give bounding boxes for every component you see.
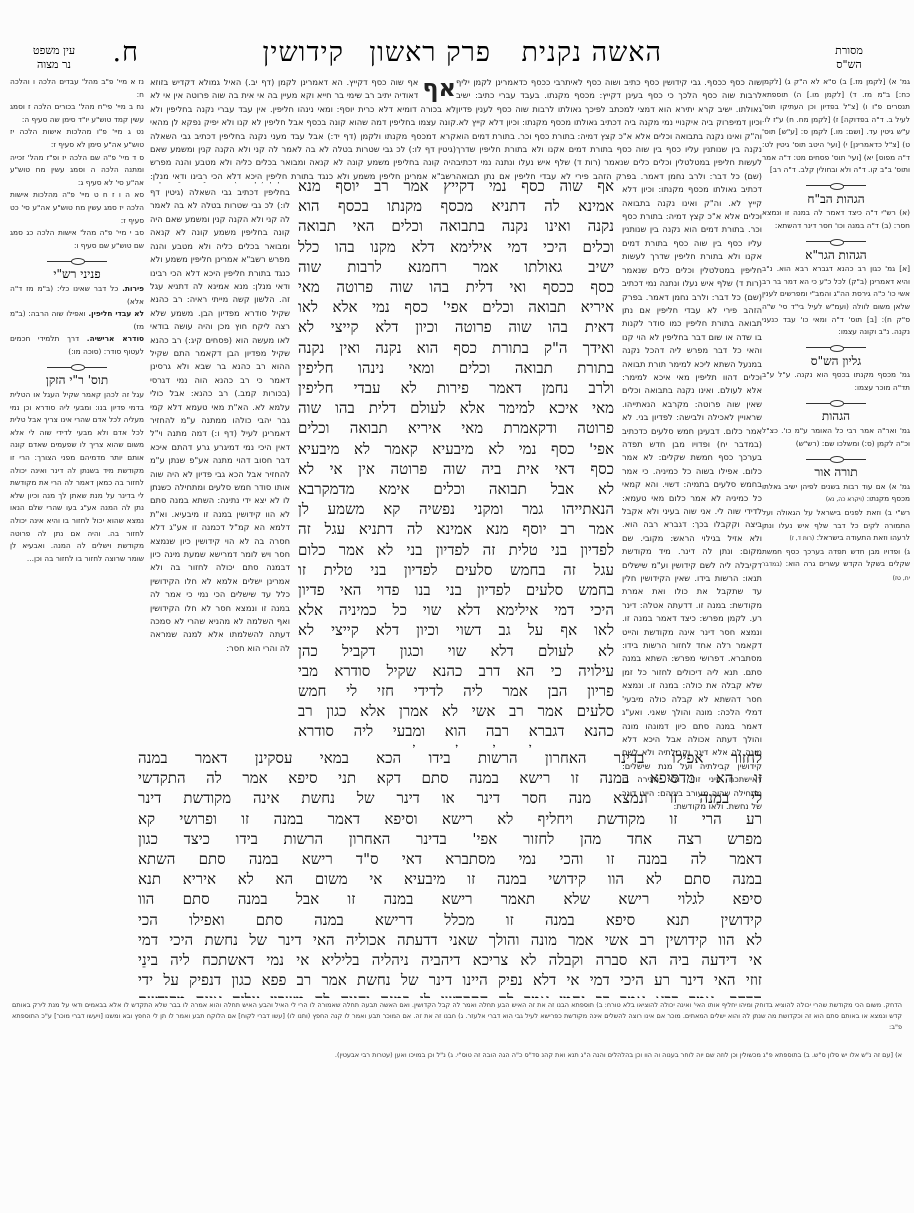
gemara-line: לי במנה זו ונמצא מנה חסר דינר או דינר של…: [138, 788, 762, 808]
gemara-line: עילויה כי הא דרב כהנא שקיל סודרא מבי: [298, 661, 614, 681]
rashi-text-top: שוה כסף ככסף. גבי קידושין כסף כתיב ושוה …: [456, 76, 762, 182]
gemara-line: בחמש סלעים לפדיון בני בנו פדוי האי פדיון: [298, 580, 614, 600]
penini-rashi-heading: סודרא ארישיה.: [87, 334, 144, 343]
gemara-line: הדחק: אמר רבא אמר רב נחמן אמר לה התקדשי …: [138, 990, 762, 998]
gemara-main-text-wide: לחזור אפילו בדינר האחרון הרשות בידו הכא …: [138, 748, 762, 998]
torah-or-ref: (ויקרא כה, נא): [826, 496, 865, 503]
torah-or-text: ג) ופדויו מבן חדש תפדה בערכך כסף חמשת שק…: [762, 547, 910, 569]
tosafot-commentary-column: אף שוה כסף דקייץ. הא דאמרינן לקמן (דף יב…: [150, 182, 290, 742]
gemara-line: לא לעולם דלא שוי וכגון דקביל כהן: [298, 641, 614, 661]
masoret-title-line2: הש"ס: [824, 58, 874, 72]
margin-title-ein-mishpat: עין משפט נר מצוה: [24, 44, 84, 72]
gemara-line: במנה סתם לא הוו קידושי במנה זו מיבעיא אי…: [138, 869, 762, 889]
ein-mishpat-title-line1: עין משפט: [24, 44, 84, 58]
penini-rashi-heading: פירות.: [122, 284, 144, 293]
gemara-line: סיפא לגלוי רישא שלא תאמר רישא במנה זו אב…: [138, 889, 762, 909]
gemara-line: היכי דמי אילימא דלא שוי כל כמיניה אלא: [298, 600, 614, 620]
gemara-line: כהנא דגברא רבה הוא ומבעי ליה סודרא: [298, 721, 614, 741]
chapter-name-title: האשה נקנית: [521, 37, 662, 68]
tosafot-text: אף שוה כסף דקייץ. הא דאמרינן לקמן (דף יב…: [150, 182, 290, 655]
gemara-line: הנאתייהו גמר ומקני נפשיה קא משמע לן: [298, 499, 614, 519]
ein-mishpat-entry: נח ב מיי' פי"ח מהל' בכורים הלכה ז וסמג ע…: [10, 101, 144, 126]
tosafot-text: אף שוה כסף דקייץ. הא דאמרינן לקמן (דף יב…: [150, 77, 456, 182]
right-margin-notes: גמ' א) [לקמן מז.] ב) ס"א לא ה"ק ג) [לקמן…: [762, 76, 910, 1006]
gemara-line: מפרש רצה אחד מהן לחזור אפי' בדינר האחרון…: [138, 829, 762, 849]
gemara-line: קידושין תנא סיפא במנה זו מכלל דרישא במנה…: [138, 910, 762, 930]
tosafot-rid-title: תוס' ר"י הזקן: [10, 374, 144, 387]
gemara-line: פריון הבן אמר ליה לדידי חזי לי חמש: [298, 681, 614, 701]
gemara-line: אמינא לה דתניא מכסף מקנתו בכסף הוא: [298, 196, 614, 216]
gemara-line: סלעים אמר רב אשי לא אמרן אלא כגון רב: [298, 701, 614, 721]
ornament-divider: [47, 258, 107, 264]
bottom-notes: הדחק. משום הכי מקודשת שהרי יכולה להוציא …: [12, 1000, 902, 1040]
penini-rashi-item: פירות. כל דבר שאינו כלי: (ב"מ מז ד"ה אלא…: [10, 283, 144, 308]
gilyon-hashas-text: גמ' מכסף מקנתו בכסף הוא נקנה. ע"ל ע"ב תד…: [762, 369, 910, 394]
tosafot-commentary: אףאף שוה כסף דקייץ. הא דאמרינן לקמן (דף …: [150, 76, 456, 182]
bottom-notes-text: הדחק. משום הכי מקודשת שהרי יכולה להוציא …: [12, 1000, 902, 1033]
gemara-line: זו הא מדסיפא במנה זו רישא במנה סתם דקא ת…: [138, 768, 762, 788]
hagahot-hagra-title: הגהות הגר"א: [762, 249, 910, 262]
penini-rashi-item: סודרא ארישיה. דרך תלמידי חכמים לעטוף סוד…: [10, 333, 144, 358]
gemara-line: נקנה ואינו נקנה בתבואה וכלים האי תבואה: [298, 216, 614, 236]
gemara-line: וכלים היכי דמי אילימא דלא מקנו בהו כלל: [298, 237, 614, 257]
ein-mishpat-title-line2: נר מצוה: [24, 58, 84, 72]
footnotes: א) [עם זה נ"ש אלו יש סלון ס"ש. ב) בתוספת…: [12, 1050, 902, 1064]
hagahot-text: גמ' ואר"ה אמר רבי כל האומר ע"מ כו'. כצ"ל…: [762, 425, 910, 450]
gemara-line: דאית בהו שוה פרוטה וכיון דלא קייצי לא: [298, 317, 614, 337]
gemara-line: לא הוו קידושין רב אשי אמר מונה והולך שאנ…: [138, 930, 762, 950]
gemara-line: אף שוה כסף נמי דקייץ אמר רב יוסף מנא: [298, 176, 614, 196]
penini-rashi-item: לא עבדי חליפין. ואפילו שוה הרבה: (ב"מ מז…: [10, 308, 144, 333]
ornament-divider: [806, 345, 866, 351]
rashi-text: שוה כסף ככסף. גבי קידושין כסף כתיב ושוה …: [622, 182, 762, 813]
gemara-line: בתורת תבואה וכלים ומאי נינהו חליפין: [298, 358, 614, 378]
ein-mishpat-entry: נט ג מיי' פ"ו מהלכות אישות הלכה יז טוש"ע…: [10, 126, 144, 151]
gemara-line: עגל זה בחמש סלעים לפדיון בני טלית זו: [298, 560, 614, 580]
footnotes-text: א) [עם זה נ"ש אלו יש סלון ס"ש. ב) בתוספת…: [12, 1050, 902, 1061]
gemara-line: ולרב נחמן דאמר פירות לא עבדי חליפין: [298, 378, 614, 398]
margin-title-masoret: מסורת הש"ס: [824, 44, 874, 72]
hagahot-title: הגהות: [762, 410, 910, 423]
gemara-line: ואידך ה"ק בתורת כסף הוא נקנה ואין נקנה: [298, 338, 614, 358]
ein-mishpat-entry: סא ה ו ז ח ט מיי' פ"ה מהלכות אישות הלכה …: [10, 189, 144, 227]
penini-rashi-heading: לא עבדי חליפין.: [88, 309, 144, 318]
ornament-divider: [806, 456, 866, 462]
masoret-title-line1: מסורת: [824, 44, 874, 58]
gemara-line: דאמר לה במנה זו והכי נמי מסתברא דאי ס"ד …: [138, 849, 762, 869]
gemara-line: מאי איכא למימר אלא לעולם דלית בהו שוה: [298, 398, 614, 418]
gemara-line: לחזור אפילו בדינר האחרון הרשות בידו הכא …: [138, 748, 762, 768]
gemara-main-text: אף שוה כסף נמי דקייץ אמר רב יוסף מנאאמינ…: [298, 176, 614, 748]
ein-mishpat-entry: נז א מיי' פ"ב מהל' עבדים הלכה ו והלכה ח:: [10, 76, 144, 101]
ein-mishpat-entry: ס ד מיי' פ"ה שם הלכה יז ופ"ז מהל' זכייה …: [10, 152, 144, 190]
ein-mishpat-entry: סב י מיי' פ"ה מהל' אישות הלכה כג סמג שם …: [10, 227, 144, 252]
tosafot-text-top: אףאף שוה כסף דקייץ. הא דאמרינן לקמן (דף …: [150, 76, 456, 182]
tosafot-rid-text: עגל זה לכהן קאמר שקיל העגל או הטלית בדמי…: [10, 389, 144, 565]
rashi-commentary: שוה כסף ככסף. גבי קידושין כסף כתיב ושוה …: [456, 76, 762, 182]
folio-number: ח.: [112, 37, 139, 68]
masoret-hashas-text: גמ' א) [לקמן מז.] ב) ס"א לא ה"ק ג) [לקמן…: [762, 76, 910, 177]
tosafot-opening-word: אף: [422, 76, 456, 100]
gilyon-hashas-title: גליון הש"ס: [762, 355, 910, 368]
torah-or-text: רש"י ב) וזאת לפנים בישראל על הגאולה ועל …: [762, 508, 910, 542]
torah-or-title: תורה אור: [762, 466, 910, 479]
gemara-line: אפי' כסף נמי לא מיבעיא קאמר לא מיבעיא: [298, 439, 614, 459]
gemara-line: ישיב גאולתו אמר רחמנא לרבות שוה: [298, 257, 614, 277]
penini-rashi-title: פניני רש"י: [10, 268, 144, 281]
torah-or-item: רש"י ב) וזאת לפנים בישראל על הגאולה ועל …: [762, 507, 910, 546]
gemara-line: איריא תבואה וכלים אפי' כסף נמי אלא לאו: [298, 297, 614, 317]
gemara-line: זוזי האי דינר רע היכי דמי אי דלא נפיק הי…: [138, 970, 762, 990]
ornament-divider: [806, 239, 866, 245]
gemara-line: אמר רב יוסף מנא אמינא לה דתניא עגל זה: [298, 519, 614, 539]
ornament-divider: [47, 364, 107, 370]
gemara-line: כסף דאי אית ביה שוה פרוטה אין אי לא: [298, 459, 614, 479]
tractate-title: קידושין: [262, 37, 344, 68]
gemara-line: רע הרי זו מקודשת ויחליף לא רישא וסיפא דא…: [138, 809, 762, 829]
left-margin-notes: נז א מיי' פ"ב מהל' עבדים הלכה ו והלכה ח:…: [10, 76, 144, 1006]
ornament-divider: [806, 183, 866, 189]
gemara-line: כסף ככסף ואי דלית בהו שוה פרוטה מאי: [298, 277, 614, 297]
hagahot-habach-text: (א) רש"י ד"ה כיצד דאמר לה במנה זו ונמצא …: [762, 207, 910, 232]
gemara-line: לפדיון בני טלית זה לפדיון בני לא אמר כלו…: [298, 540, 614, 560]
gemara-line: אי דידעה ביה הא סברה וקבלה לא צריכא דיהב…: [138, 950, 762, 970]
torah-or-ref: (רות ד, ז): [789, 535, 814, 542]
gemara-line: פרוטה ודקאמרת מאי איריא תבואה וכלים: [298, 418, 614, 438]
gemara-line: לאו אף על גב דשוי וכיון דלא קייצי לא: [298, 620, 614, 640]
hagahot-habach-title: הגהות הב"ח: [762, 193, 910, 206]
torah-or-item: גמ' א) אם עוד רבות בשנים לפיהן ישיב גאלת…: [762, 481, 910, 507]
torah-or-item: ג) ופדויו מבן חדש תפדה בערכך כסף חמשת שק…: [762, 546, 910, 586]
chapter-number-title: פרק ראשון: [369, 37, 491, 68]
hagahot-hagra-text: [א] גמ' כגון רב כהנא דגברא רבא הוא. נ"ב …: [762, 263, 910, 339]
gemara-line: לא אבל תבואה וכלים אימא מדמקרבא: [298, 479, 614, 499]
ornament-divider: [806, 400, 866, 406]
